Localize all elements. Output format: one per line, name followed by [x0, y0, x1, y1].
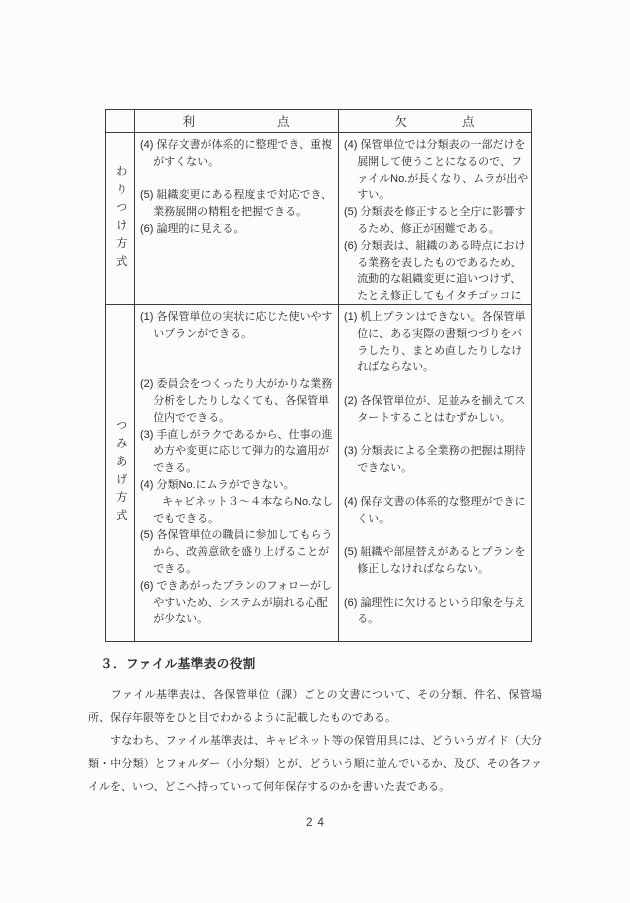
row-label-tsumiage: つみあげ方式 [106, 304, 134, 641]
blank-line [344, 376, 529, 393]
body-paragraph-2: すなわち、ファイル基準表は、キャビネット等の保管用具には、どういうガイド（大分類… [88, 730, 542, 799]
list-item: (1) 各保管単位の実状に応じた使いやすいプランができる。 [140, 309, 336, 343]
blank-line [344, 477, 529, 494]
list-item: キャビネット３〜４本ならNo.なしでもできる。 [140, 494, 336, 528]
list-item: (4) 保管単位では分類表の一部だけを展開して使うことになるので、ファイルNo.… [344, 137, 529, 204]
list-item: (1) 机上プランはできない。各保管単位に、ある実際の書類つづりをバラしたり、ま… [344, 309, 529, 376]
list-item: (5) 組織変更にある程度まで対応でき、業務展開の精粗を把握できる。 [140, 187, 336, 221]
list-item: (5) 分類表を修正すると全庁に影響するため、修正が困難である。 [344, 204, 529, 238]
row-label-waritsuke-text: わりつけ方式 [114, 165, 126, 273]
tsumiage-merits-cell: (1) 各保管単位の実状に応じた使いやすいプランができる。(2) 委員会をつくっ… [134, 304, 338, 641]
row-label-tsumiage-text: つみあげ方式 [114, 419, 126, 527]
section-heading: ３．ファイル基準表の役割 [100, 654, 256, 672]
blank-line [140, 359, 336, 376]
blank-line [344, 527, 529, 544]
blank-line [140, 171, 336, 188]
body-paragraph-1: ファイル基準表は、各保管単位（課）ごとの文書について、その分類、件名、保管場所、… [88, 684, 542, 730]
merits-demerits-table: 利 点 欠 点 わりつけ方式 (4) 保存文書が体系的に整理でき、重複がすくない… [105, 109, 532, 642]
list-item: (5) 各保管単位の職員に参加してもらうから、改善意欲を盛り上げることができる。 [140, 527, 336, 577]
merits-column-header: 利 点 [134, 110, 338, 132]
page-number: 24 [0, 817, 630, 829]
list-item: (3) 分類表による全業務の把握は期待できない。 [344, 443, 529, 477]
list-item: (4) 保存文書が体系的に整理でき、重複がすくない。 [140, 137, 336, 171]
blank-line [344, 427, 529, 444]
list-item: (5) 組織や部屋替えがあるとプランを修正しなければならない。 [344, 544, 529, 578]
demerits-column-header: 欠 点 [338, 110, 531, 132]
list-item: (6) 論理的に見える。 [140, 221, 336, 238]
waritsuke-merits-cell: (4) 保存文書が体系的に整理でき、重複がすくない。(5) 組織変更にある程度ま… [134, 132, 338, 304]
waritsuke-demerits-cell: (4) 保管単位では分類表の一部だけを展開して使うことになるので、ファイルNo.… [338, 132, 531, 304]
list-item: (6) 論理性に欠けるという印象を与える。 [344, 595, 529, 629]
list-item: (4) 分類No.にムラができない。 [140, 477, 336, 494]
row-label-waritsuke: わりつけ方式 [106, 132, 134, 304]
list-item: (6) できあがったプランのフォローがしやすいため、システムが崩れる心配が少ない… [140, 578, 336, 628]
list-item: (6) 分類表は、組織のある時点における業務を表したものであるため、流動的な組織… [344, 238, 529, 304]
list-item: (2) 各保管単位が、足並みを揃えてスタートすることはむずかしい。 [344, 393, 529, 427]
tsumiage-demerits-cell: (1) 机上プランはできない。各保管単位に、ある実際の書類つづりをバラしたり、ま… [338, 304, 531, 641]
page: 利 点 欠 点 わりつけ方式 (4) 保存文書が体系的に整理でき、重複がすくない… [0, 0, 630, 903]
body-text: ファイル基準表は、各保管単位（課）ごとの文書について、その分類、件名、保管場所、… [88, 684, 542, 799]
table-corner-cell [106, 110, 134, 132]
blank-line [344, 578, 529, 595]
list-item: (4) 保存文書の体系的な整理ができにくい。 [344, 494, 529, 528]
blank-line [140, 343, 336, 360]
list-item: (3) 手直しがラクであるから、仕事の進め方や変更に応じて弾力的な適用ができる。 [140, 427, 336, 477]
list-item: (2) 委員会をつくったり大がかりな業務分析をしたりしなくても、各保管単位内でで… [140, 376, 336, 426]
